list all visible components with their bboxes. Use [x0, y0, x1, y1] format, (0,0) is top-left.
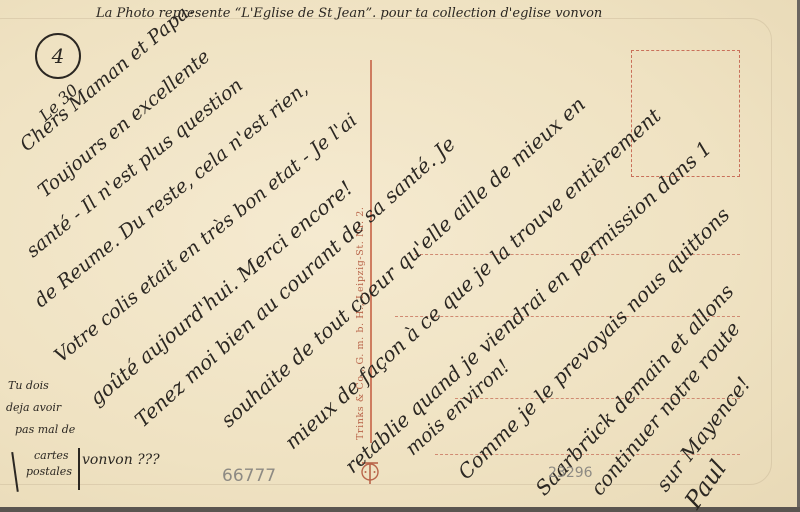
side-note-line: pas mal de	[15, 422, 75, 438]
side-note-line: postales	[26, 464, 72, 480]
scan-edge-bottom	[0, 507, 800, 512]
side-note-line: Tu dois	[8, 378, 49, 394]
archive-number-right: 23296	[548, 465, 593, 481]
side-note-line: cartes	[34, 448, 69, 464]
address-line-3	[455, 398, 740, 399]
bracket-right	[78, 448, 80, 490]
side-note-line: deja avoir	[6, 400, 61, 416]
side-note-trailing: vonvon ???	[82, 452, 160, 468]
circled-page-number: 4	[35, 33, 81, 79]
archive-number-left: 66777	[222, 466, 276, 486]
postcard-back: Trinks & Co., G. m. b. H., Leipzig-St. N…	[0, 0, 800, 512]
